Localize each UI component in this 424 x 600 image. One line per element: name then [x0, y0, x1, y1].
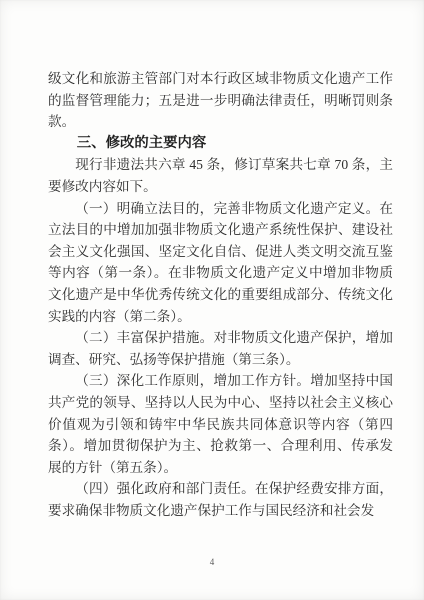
document-body: 级文化和旅游主管部门对本行政区域非物质文化遗产工作的监督管理能力；五是进一步明确…: [48, 68, 393, 521]
body-paragraph: 现行非遗法共六章 45 条，修订草案共七章 70 条，主要修改内容如下。: [48, 154, 393, 197]
body-paragraph: （二）丰富保护措施。对非物质文化遗产保护，增加调查、研究、弘扬等保护措施（第三条…: [48, 327, 393, 370]
section-heading: 三、修改的主要内容: [48, 133, 393, 155]
page-number: 4: [0, 557, 424, 567]
body-paragraph-continuation: 级文化和旅游主管部门对本行政区域非物质文化遗产工作的监督管理能力；五是进一步明确…: [48, 68, 393, 133]
document-page: 级文化和旅游主管部门对本行政区域非物质文化遗产工作的监督管理能力；五是进一步明确…: [0, 0, 424, 600]
body-paragraph: （四）强化政府和部门责任。在保护经费安排方面，要求确保非物质文化遗产保护工作与国…: [48, 478, 393, 521]
body-paragraph: （三）深化工作原则，增加工作方针。增加坚持中国共产党的领导、坚持以人民为中心、坚…: [48, 370, 393, 478]
body-paragraph: （一）明确立法目的，完善非物质文化遗产定义。在立法目的中增加加强非物质文化遗产系…: [48, 198, 393, 328]
